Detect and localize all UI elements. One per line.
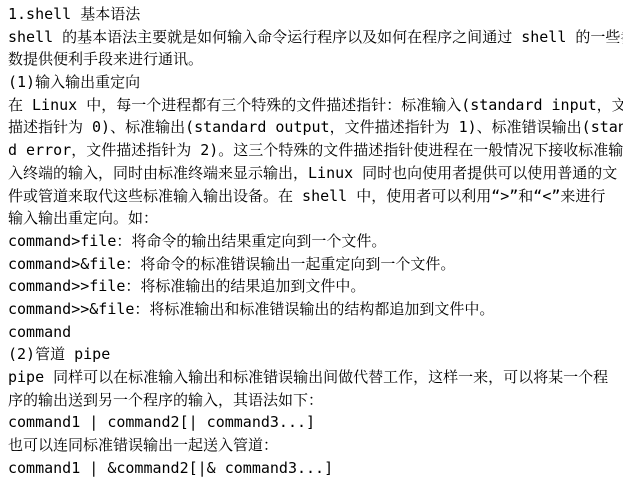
command-line: command>file：将命令的输出结果重定向到一个文件。 xyxy=(8,230,615,253)
text-line: shell 的基本语法主要就是如何输入命令运行程序以及如何在程序之间通过 she… xyxy=(8,26,615,49)
text-line: 在 Linux 中，每一个进程都有三个特殊的文件描述指针：标准输入(standa… xyxy=(8,94,615,117)
text-line: 数提供便利手段来进行通讯。 xyxy=(8,48,615,71)
command-line: command>&file：将命令的标准错误输出一起重定向到一个文件。 xyxy=(8,253,615,276)
command-line: command>>file：将标准输出的结果追加到文件中。 xyxy=(8,275,615,298)
heading-line: 1.shell 基本语法 xyxy=(8,3,615,26)
text-line: d error，文件描述指针为 2)。这三个特殊的文件描述指针使进程在一般情况下… xyxy=(8,139,615,162)
text-line: 描述指针为 0)、标准输出(standard output，文件描述指针为 1)… xyxy=(8,116,615,139)
text-line: 入终端的输入，同时由标准终端来显示输出，Linux 同时也向使用者提供可以使用普… xyxy=(8,162,615,185)
text-line: 输入输出重定向。如： xyxy=(8,207,615,230)
text-line: pipe 同样可以在标准输入输出和标准错误输出间做代替工作，这样一来，可以将某一… xyxy=(8,366,615,389)
text-line: 件或管道来取代这些标准输入输出设备。在 shell 中，使用者可以利用“>”和“… xyxy=(8,185,615,208)
command-line: command xyxy=(8,321,615,344)
subheading-line: (1)输入输出重定向 xyxy=(8,71,615,94)
text-line: 也可以连同标准错误输出一起送入管道： xyxy=(8,434,615,457)
command-line: command1 | &command2[|& command3...] xyxy=(8,457,615,479)
document-page: 1.shell 基本语法 shell 的基本语法主要就是如何输入命令运行程序以及… xyxy=(0,0,623,479)
command-line: command1 | command2[| command3...] xyxy=(8,411,615,434)
document-text-block: 1.shell 基本语法 shell 的基本语法主要就是如何输入命令运行程序以及… xyxy=(8,3,615,479)
command-line: command>>&file：将标准输出和标准错误输出的结构都追加到文件中。 xyxy=(8,298,615,321)
subheading-line: (2)管道 pipe xyxy=(8,343,615,366)
text-line: 序的输出送到另一个程序的输入，其语法如下： xyxy=(8,389,615,412)
